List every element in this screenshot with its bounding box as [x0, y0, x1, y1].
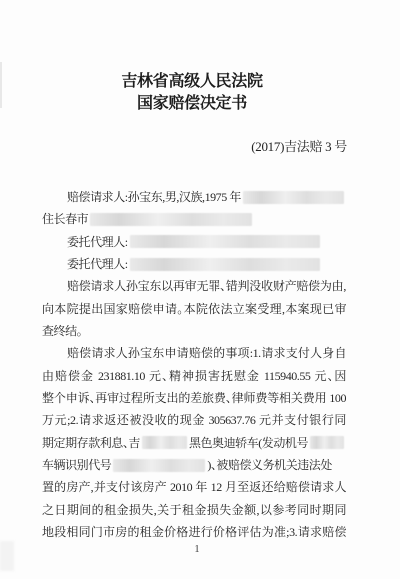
document-body: 赔偿请求人:孙宝东,男,汉族,1975 年住长春市委托代理人:委托代理人:赔偿请… — [42, 186, 346, 544]
line-text: 由赔偿金 231881.10 元、精神损害抚慰金 115940.55 元、因 — [42, 369, 346, 383]
line-text: 地段相同门市房的租金价格进行价格评估为准;3.请求赔偿 — [42, 525, 346, 539]
court-name: 吉林省高级人民法院 — [0, 71, 384, 93]
line-text: 黑色奥迪轿车(发动机号 — [189, 432, 308, 454]
redaction-block — [90, 213, 252, 226]
document-line: 委托代理人: — [42, 253, 346, 275]
page-number: 1 — [0, 544, 394, 555]
redaction-block — [243, 191, 344, 204]
document-line: 住长春市 — [42, 208, 346, 230]
line-text: 赔偿请求人孙宝东以再审无罪、错判没收财产赔偿为由, — [67, 279, 346, 293]
line-text: 整个申诉、再审过程所支出的差旅费、律师费等相关费用 100 — [42, 391, 346, 405]
redaction-block — [142, 436, 187, 449]
line-text: 住长春市 — [42, 208, 88, 230]
line-text: 委托代理人: — [67, 231, 128, 253]
line-text: 赔偿请求人孙宝东申请赔偿的事项:1.请求支付人身自 — [67, 346, 346, 360]
line-text: 委托代理人: — [67, 253, 128, 275]
line-text: 车辆识别代号 — [42, 454, 111, 476]
document-line: 车辆识别代号)、被赔偿义务机关违法处 — [42, 454, 346, 476]
document-line: 地段相同门市房的租金价格进行价格评估为准;3.请求赔偿 — [42, 521, 346, 543]
line-text: )、被赔偿义务机关违法处 — [207, 454, 332, 476]
document-line: 赔偿请求人孙宝东以再审无罪、错判没收财产赔偿为由, — [42, 275, 346, 297]
document-type: 国家赔偿决定书 — [0, 93, 384, 115]
line-text: 赔偿请求人:孙宝东,男,汉族,1975 年 — [67, 186, 241, 208]
line-text: 查终结。 — [42, 324, 82, 338]
document-line: 之日期间的租金损失,关于租金损失金额,以参考同时期同 — [42, 499, 346, 521]
redaction-block — [130, 258, 320, 271]
line-text: 之日期间的租金损失,关于租金损失金额,以参考同时期同 — [42, 503, 346, 517]
document-title: 吉林省高级人民法院 国家赔偿决定书 — [0, 71, 384, 115]
document-line: 期定期存款利息、吉黑色奥迪轿车(发动机号 — [42, 432, 346, 454]
line-text: 万元;2.请求返还被没收的现金 305637.76 元并支付银行同 — [42, 413, 346, 427]
scan-artifact — [0, 62, 2, 108]
document-line: 查终结。 — [42, 320, 346, 342]
document-line: 赔偿请求人孙宝东申请赔偿的事项:1.请求支付人身自 — [42, 342, 346, 364]
case-number: (2017)吉法赔 3 号 — [251, 139, 347, 155]
redaction-block — [113, 459, 205, 472]
document-line: 由赔偿金 231881.10 元、精神损害抚慰金 115940.55 元、因 — [42, 365, 346, 387]
line-text: 期定期存款利息、吉 — [42, 432, 140, 454]
redaction-block — [130, 235, 320, 248]
document-line: 赔偿请求人:孙宝东,男,汉族,1975 年 — [42, 186, 346, 208]
document-line: 置的房产,并支付该房产 2010 年 12 月至返还给赔偿请求人 — [42, 476, 346, 498]
document-line: 向本院提出国家赔偿申请。本院依法立案受理,本案现已审 — [42, 298, 346, 320]
redaction-block — [310, 436, 344, 449]
line-text: 向本院提出国家赔偿申请。本院依法立案受理,本案现已审 — [42, 302, 346, 316]
document-line: 万元;2.请求返还被没收的现金 305637.76 元并支付银行同 — [42, 409, 346, 431]
scan-artifact — [0, 541, 14, 571]
document-line: 整个申诉、再审过程所支出的差旅费、律师费等相关费用 100 — [42, 387, 346, 409]
document-page: 吉林省高级人民法院 国家赔偿决定书 (2017)吉法赔 3 号 赔偿请求人:孙宝… — [0, 0, 400, 579]
document-line: 委托代理人: — [42, 231, 346, 253]
line-text: 置的房产,并支付该房产 2010 年 12 月至返还给赔偿请求人 — [42, 480, 346, 494]
